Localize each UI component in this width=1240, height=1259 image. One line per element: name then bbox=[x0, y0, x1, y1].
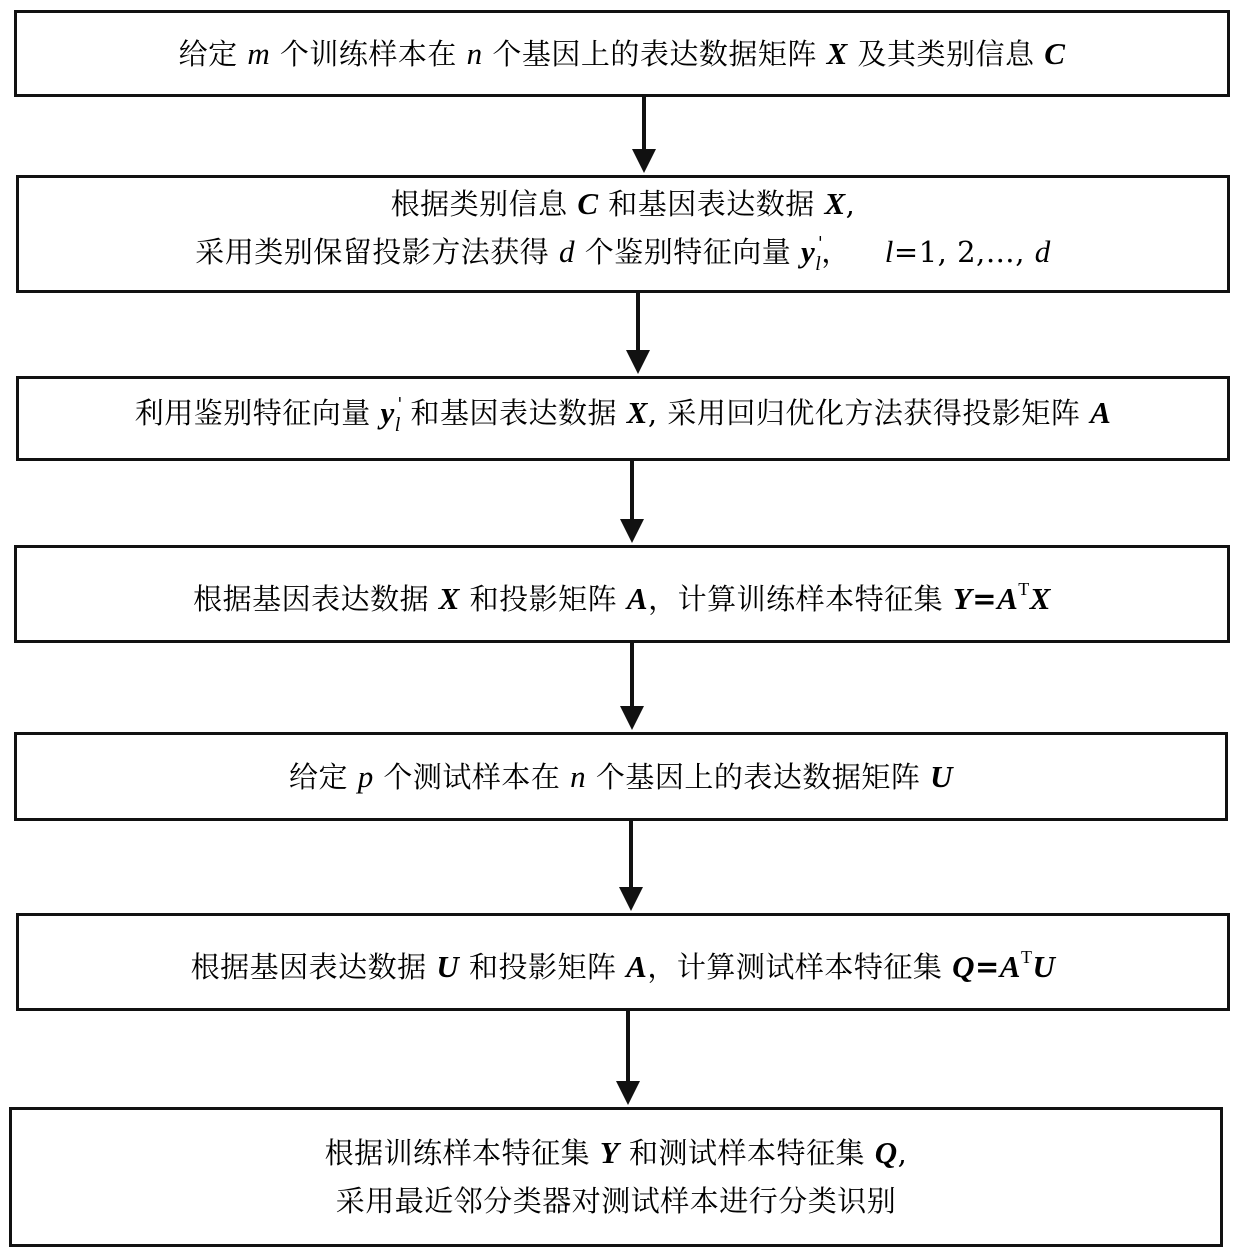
step-7-box: 根据训练样本特征集 Y 和测试样本特征集 Q, 采用最近邻分类器对测试样本进行分… bbox=[9, 1107, 1223, 1247]
arrow-down-icon bbox=[618, 643, 646, 732]
arrow-down-icon bbox=[618, 461, 646, 545]
arrow-down-icon bbox=[614, 1011, 642, 1107]
arrow-down-icon bbox=[617, 821, 645, 913]
step-1-box: 给定 m 个训练样本在 n 个基因上的表达数据矩阵 X 及其类别信息 C bbox=[14, 10, 1230, 97]
step-7-line-1: 根据训练样本特征集 Y 和测试样本特征集 Q, bbox=[325, 1129, 908, 1177]
step-2-line-2: 采用类别保留投影方法获得 d 个鉴别特征向量 y'l，l=1, 2,…, d bbox=[195, 228, 1050, 288]
step-3-text: 利用鉴别特征向量 y'l 和基因表达数据 X, 采用回归优化方法获得投影矩阵 A bbox=[135, 389, 1112, 449]
step-5-box: 给定 p 个测试样本在 n 个基因上的表达数据矩阵 U bbox=[14, 732, 1228, 821]
step-6-text: 根据基因表达数据 U 和投影矩阵 A，计算测试样本特征集 Q=ATU bbox=[191, 933, 1056, 991]
step-7-line-2: 采用最近邻分类器对测试样本进行分类识别 bbox=[336, 1177, 897, 1225]
arrow-down-icon bbox=[630, 97, 658, 175]
step-1-text: 给定 m 个训练样本在 n 个基因上的表达数据矩阵 X 及其类别信息 C bbox=[179, 30, 1066, 78]
step-6-box: 根据基因表达数据 U 和投影矩阵 A，计算测试样本特征集 Q=ATU bbox=[16, 913, 1230, 1011]
step-2-box: 根据类别信息 C 和基因表达数据 X, 采用类别保留投影方法获得 d 个鉴别特征… bbox=[16, 175, 1230, 293]
step-2-line-1: 根据类别信息 C 和基因表达数据 X, bbox=[391, 180, 856, 228]
step-5-text: 给定 p 个测试样本在 n 个基因上的表达数据矩阵 U bbox=[289, 753, 953, 801]
arrow-down-icon bbox=[624, 293, 652, 376]
step-4-box: 根据基因表达数据 X 和投影矩阵 A，计算训练样本特征集 Y=ATX bbox=[14, 545, 1230, 643]
step-4-text: 根据基因表达数据 X 和投影矩阵 A，计算训练样本特征集 Y=ATX bbox=[193, 565, 1051, 623]
step-3-box: 利用鉴别特征向量 y'l 和基因表达数据 X, 采用回归优化方法获得投影矩阵 A bbox=[16, 376, 1230, 461]
